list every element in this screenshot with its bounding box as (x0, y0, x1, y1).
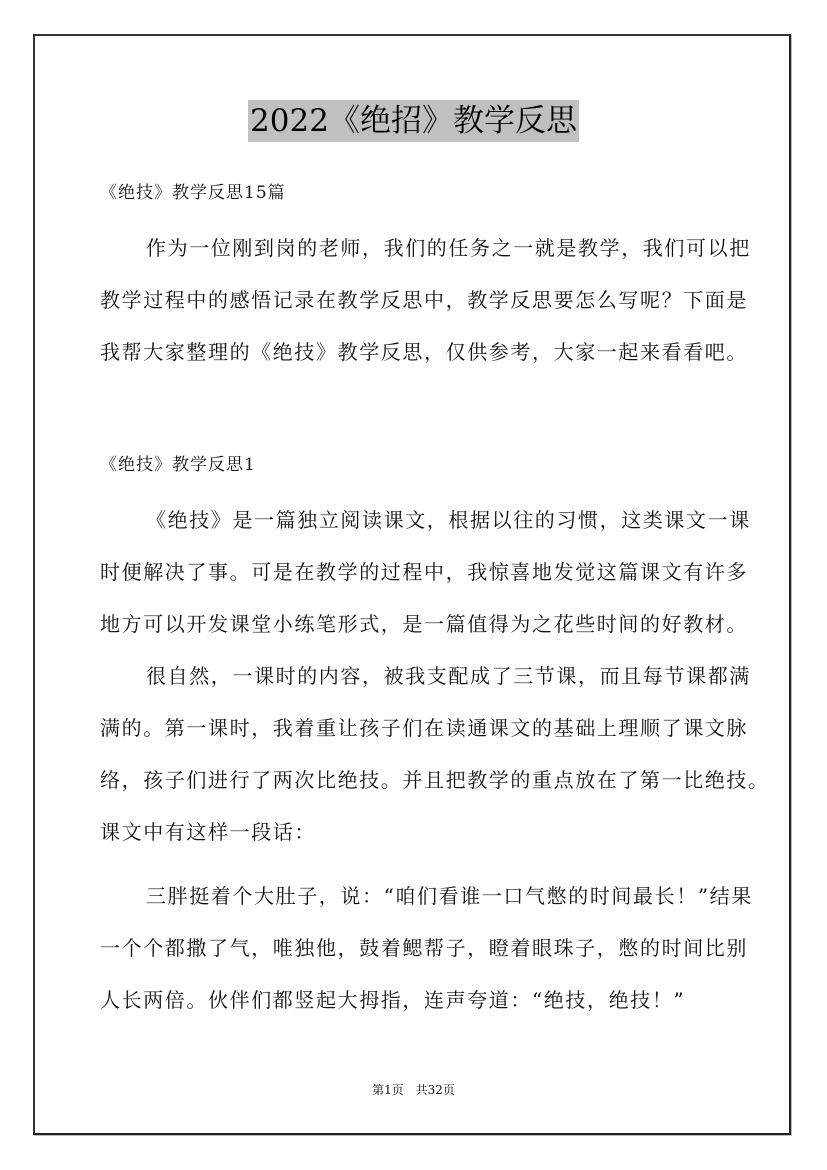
paragraph-line: 教学过程中的感悟记录在教学反思中，教学反思要怎么写呢？下面是 (100, 274, 728, 326)
paragraph-1: 《绝技》是一篇独立阅读课文，根据以往的习惯，这类课文一课 时便解决了事。可是在教… (100, 494, 728, 650)
collection-heading: 《绝技》教学反思15篇 (100, 181, 286, 205)
paragraph-line: 《绝技》是一篇独立阅读课文，根据以往的习惯，这类课文一课 (100, 494, 728, 546)
document-title: 2022《绝招》教学反思 (248, 100, 579, 142)
paragraph-line: 三胖挺着个大肚子，说：“咱们看谁一口气憋的时间最长！”结果 (100, 870, 728, 922)
section-heading: 《绝技》教学反思1 (100, 453, 256, 477)
paragraph-line: 地方可以开发课堂小练笔形式，是一篇值得为之花些时间的好教材。 (100, 598, 728, 650)
paragraph-line: 作为一位刚到岗的老师，我们的任务之一就是教学，我们可以把 (100, 222, 728, 274)
page-total: 共32页 (416, 1083, 455, 1097)
paragraph-2: 很自然，一课时的内容，被我支配成了三节课，而且每节课都满 满的。第一课时，我着重… (100, 650, 728, 858)
paragraph-line: 络，孩子们进行了两次比绝技。并且把教学的重点放在了第一比绝技。 (100, 754, 728, 806)
paragraph-line: 课文中有这样一段话： (100, 806, 728, 858)
paragraph-line: 一个个都撒了气，唯独他，鼓着鳃帮子，瞪着眼珠子，憋的时间比别 (100, 922, 728, 974)
paragraph-line: 我帮大家整理的《绝技》教学反思，仅供参考，大家一起来看看吧。 (100, 326, 728, 378)
page-footer: 第1页 共32页 (0, 1082, 827, 1098)
paragraph-line: 满的。第一课时，我着重让孩子们在读通课文的基础上理顺了课文脉 (100, 702, 728, 754)
paragraph-line: 人长两倍。伙伴们都竖起大拇指，连声夸道：“绝技，绝技！” (100, 974, 728, 1026)
paragraph-line: 很自然，一课时的内容，被我支配成了三节课，而且每节课都满 (100, 650, 728, 702)
page-number: 第1页 (372, 1083, 404, 1097)
paragraph-line: 时便解决了事。可是在教学的过程中，我惊喜地发觉这篇课文有许多 (100, 546, 728, 598)
intro-paragraph: 作为一位刚到岗的老师，我们的任务之一就是教学，我们可以把 教学过程中的感悟记录在… (100, 222, 728, 378)
paragraph-3: 三胖挺着个大肚子，说：“咱们看谁一口气憋的时间最长！”结果 一个个都撒了气，唯独… (100, 870, 728, 1026)
title-container: 2022《绝招》教学反思 (0, 100, 827, 142)
